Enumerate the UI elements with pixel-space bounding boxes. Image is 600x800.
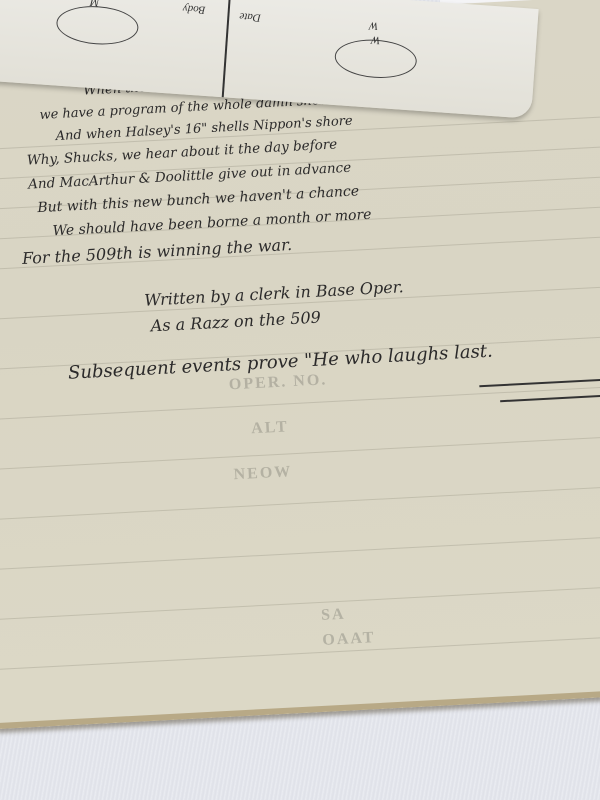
faint-print-text: SA xyxy=(321,606,346,625)
right-dial-label: W xyxy=(371,33,381,46)
faint-print-text: ALT xyxy=(251,418,289,438)
column-divider xyxy=(222,0,232,97)
attribution-line: As a Razz on the 509 xyxy=(150,308,321,336)
left-dial-label: M xyxy=(90,0,100,8)
column-header: Date xyxy=(239,10,261,23)
postscript-underline xyxy=(500,393,600,402)
left-dial-diagram xyxy=(55,4,139,48)
postscript-underline xyxy=(479,379,600,387)
faint-print-text: OAAT xyxy=(322,629,376,650)
faint-print-text: NEOW xyxy=(233,463,293,484)
column-header: Body xyxy=(182,2,205,16)
handwritten-line: For the 509th is winning the war. xyxy=(22,235,293,268)
faint-print-text: OPER. NO. xyxy=(228,371,327,394)
right-dial-label: W xyxy=(369,19,379,32)
